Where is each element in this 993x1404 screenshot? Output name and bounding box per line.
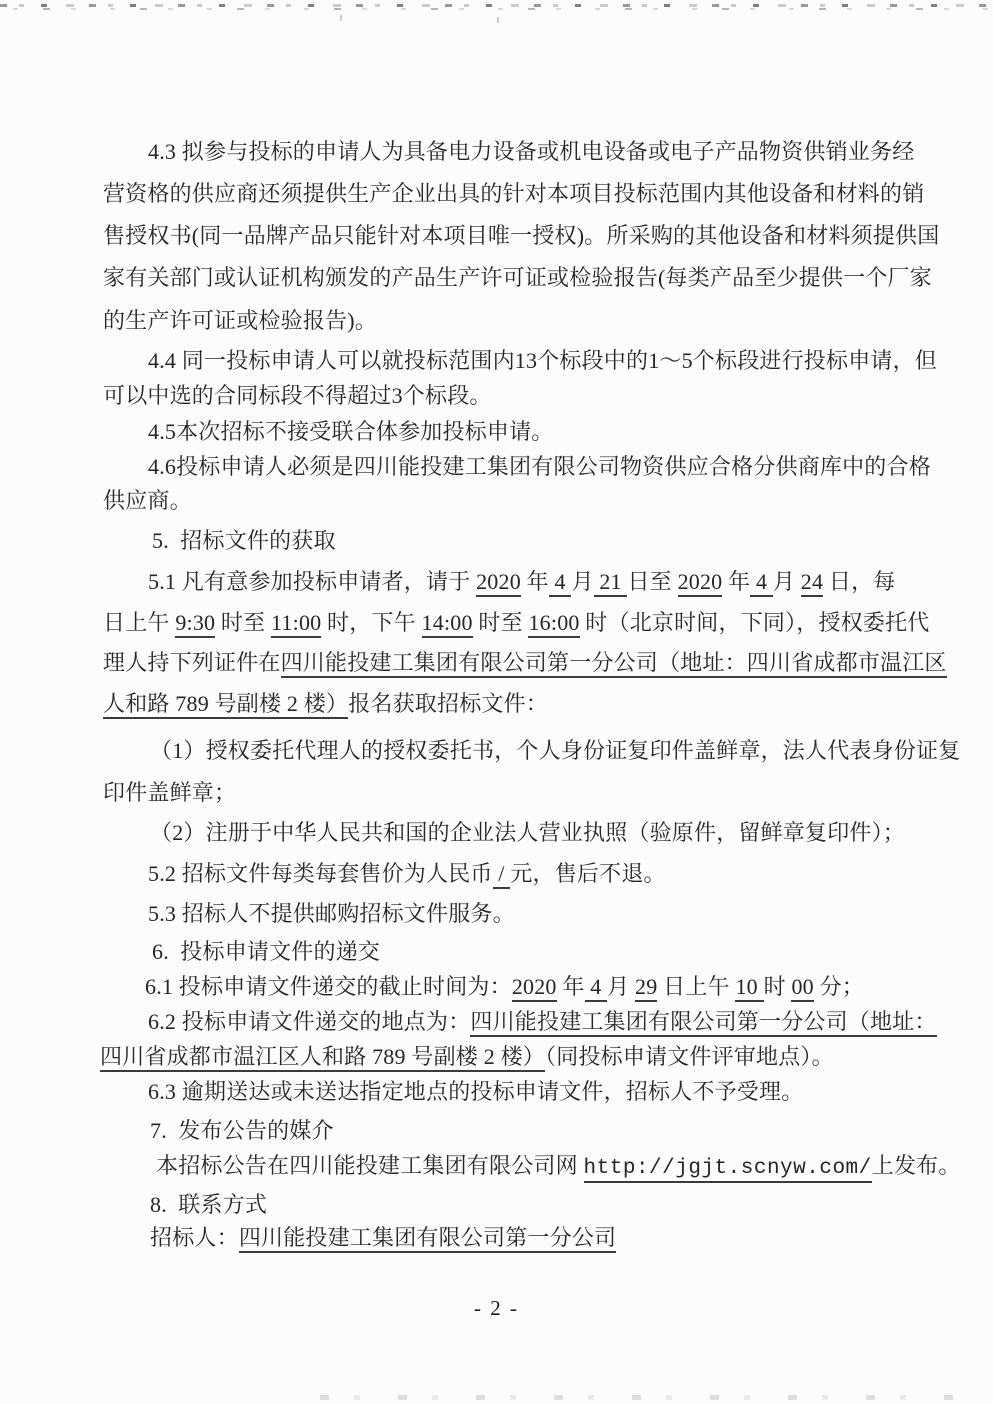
- document-page: 4.3 拟参与投标的申请人为具备电力设备或机电设备或电子产品物资供销业务经营资格…: [0, 0, 993, 1404]
- underlined-text: 24: [801, 569, 823, 597]
- underlined-text: 四川能投建工集团有限公司第一分公司（地址：: [470, 1009, 936, 1037]
- doc-line-11: 5. 招标文件的获取: [152, 529, 336, 553]
- text-segment: 7. 发布公告的媒介: [150, 1118, 334, 1143]
- underlined-text: 16:00: [528, 610, 579, 638]
- text-segment: 日，每: [823, 569, 895, 594]
- text-segment: 报名获取招标文件：: [348, 691, 548, 716]
- text-segment: 5.2 招标文件每类每套售价为人民币: [148, 861, 493, 886]
- text-segment: 年: [557, 974, 585, 999]
- text-segment: 营资格的供应商还须提供生产企业出具的针对本项目投标范围内其他设备和材料的销: [103, 181, 924, 206]
- text-segment: 月: [773, 569, 801, 594]
- text-segment: 日至: [627, 569, 677, 594]
- text-segment: 5. 招标文件的获取: [152, 528, 336, 553]
- doc-line-6: 4.4 同一投标申请人可以就投标范围内13个标段中的1～5个标段进行投标申请，但: [148, 349, 937, 373]
- text-segment: 月: [607, 974, 635, 999]
- underlined-text: 2020: [678, 569, 723, 597]
- text-segment: 售授权书(同一品牌产品只能针对本项目唯一授权)。所采购的其他设备和材料须提供国: [103, 223, 939, 248]
- doc-line-8: 4.5本次招标不接受联合体参加投标申请。: [148, 420, 554, 444]
- page-number: - 2 -: [0, 1296, 993, 1321]
- text-segment: 的生产许可证或检验报告)。: [103, 308, 377, 333]
- url-text: http://jgjt.scnyw.com/: [584, 1157, 872, 1183]
- text-segment: 本招标公告在四川能投建工集团有限公司网: [156, 1153, 584, 1178]
- underlined-text: 9:30: [175, 610, 215, 638]
- scan-noise-bottom: [320, 1395, 970, 1400]
- underlined-text: 10: [735, 974, 763, 1002]
- text-segment: 4.4 同一投标申请人可以就投标范围内13个标段中的1～5个标段进行投标申请，但: [148, 348, 937, 373]
- text-segment: 时，下午: [321, 610, 421, 635]
- doc-line-17: 印件盖鲜章；: [103, 781, 236, 805]
- text-segment: 时至: [215, 610, 271, 635]
- doc-line-22: 6.1 投标申请文件递交的截止时间为：2020 年 4 月 29 日上午 10 …: [145, 975, 864, 999]
- doc-line-3: 售授权书(同一品牌产品只能针对本项目唯一授权)。所采购的其他设备和材料须提供国: [103, 224, 939, 248]
- doc-line-28: 8. 联系方式: [150, 1193, 267, 1217]
- text-segment: 6.1 投标申请文件递交的截止时间为：: [145, 974, 512, 999]
- doc-line-21: 6. 投标申请文件的递交: [152, 940, 380, 964]
- underlined-text: 4: [750, 569, 773, 597]
- doc-line-26: 7. 发布公告的媒介: [150, 1119, 334, 1143]
- doc-line-15: 人和路 789 号副楼 2 楼）报名获取招标文件：: [103, 692, 548, 716]
- text-segment: （同投标申请文件评审地点）。: [545, 1044, 834, 1069]
- doc-line-12: 5.1 凡有意参加投标申请者，请于 2020 年 4 月 21 日至 2020 …: [148, 570, 896, 594]
- doc-line-23: 6.2 投标申请文件递交的地点为：四川能投建工集团有限公司第一分公司（地址：: [148, 1010, 937, 1034]
- text-segment: 年: [521, 569, 549, 594]
- doc-line-16: （1）授权委托代理人的授权委托书，个人身份证复印件盖鲜章，法人代表身份证复: [150, 739, 960, 763]
- text-segment: 分；: [814, 974, 864, 999]
- text-segment: 可以中选的合同标段不得超过3个标段。: [103, 383, 492, 408]
- doc-line-27: 本招标公告在四川能投建工集团有限公司网 http://jgjt.scnyw.co…: [156, 1154, 961, 1178]
- doc-line-14: 理人持下列证件在四川能投建工集团有限公司第一分公司（地址：四川省成都市温江区: [103, 651, 947, 675]
- text-segment: 理人持下列证件在: [103, 650, 281, 675]
- underlined-text: 四川能投建工集团有限公司第一分公司（地址：四川省成都市温江区: [281, 650, 947, 678]
- underlined-text: /: [493, 861, 511, 889]
- underlined-text: 2020: [476, 569, 521, 597]
- text-segment: 年: [722, 569, 750, 594]
- text-segment: 招标人：: [150, 1225, 239, 1250]
- underlined-text: 21: [594, 569, 628, 597]
- doc-line-1: 4.3 拟参与投标的申请人为具备电力设备或机电设备或电子产品物资供销业务经: [148, 140, 914, 164]
- text-segment: 家有关部门或认证机构颁发的产品生产许可证或检验报告(每类产品至少提供一个厂家: [103, 265, 932, 290]
- underlined-text: 4: [549, 569, 572, 597]
- text-segment: 时至: [473, 610, 529, 635]
- text-segment: 印件盖鲜章；: [103, 780, 236, 805]
- text-segment: 上发布。: [872, 1153, 961, 1178]
- underlined-text: 00: [791, 974, 813, 1002]
- text-segment: 4.3 拟参与投标的申请人为具备电力设备或机电设备或电子产品物资供销业务经: [148, 139, 914, 164]
- text-segment: 6. 投标申请文件的递交: [152, 939, 380, 964]
- text-segment: 6.2 投标申请文件递交的地点为：: [148, 1009, 470, 1034]
- doc-line-18: （2）注册于中华人民共和国的企业法人营业执照（验原件，留鲜章复印件）；: [150, 821, 905, 845]
- text-segment: 供应商。: [103, 488, 192, 513]
- text-segment: 日上午: [657, 974, 735, 999]
- underlined-text: 四川能投建工集团有限公司第一分公司: [239, 1225, 616, 1253]
- underlined-text: 2020: [512, 974, 557, 1002]
- text-segment: 5.3 招标人不提供邮购招标文件服务。: [148, 901, 515, 926]
- scan-speck: [497, 17, 499, 23]
- doc-line-2: 营资格的供应商还须提供生产企业出具的针对本项目投标范围内其他设备和材料的销: [103, 182, 924, 206]
- underlined-text: 四川省成都市温江区人和路 789 号副楼 2 楼）: [100, 1044, 545, 1072]
- text-segment: 月: [571, 569, 593, 594]
- underlined-text: 4: [585, 974, 608, 1002]
- text-segment: 6.3 逾期送达或未送达指定地点的投标申请文件，招标人不予受理。: [148, 1079, 803, 1104]
- doc-line-20: 5.3 招标人不提供邮购招标文件服务。: [148, 902, 515, 926]
- doc-line-4: 家有关部门或认证机构颁发的产品生产许可证或检验报告(每类产品至少提供一个厂家: [103, 266, 932, 290]
- doc-line-7: 可以中选的合同标段不得超过3个标段。: [103, 384, 492, 408]
- text-segment: 4.6投标申请人必须是四川能投建工集团有限公司物资供应合格分供商库中的合格: [148, 454, 931, 479]
- doc-line-24: 四川省成都市温江区人和路 789 号副楼 2 楼）（同投标申请文件评审地点）。: [100, 1045, 834, 1069]
- underlined-text: 14:00: [422, 610, 473, 638]
- doc-line-25: 6.3 逾期送达或未送达指定地点的投标申请文件，招标人不予受理。: [148, 1080, 803, 1104]
- underlined-text: 人和路 789 号副楼 2 楼）: [103, 691, 348, 719]
- text-segment: 4.5本次招标不接受联合体参加投标申请。: [148, 419, 554, 444]
- doc-line-5: 的生产许可证或检验报告)。: [103, 309, 377, 333]
- doc-line-29: 招标人：四川能投建工集团有限公司第一分公司: [150, 1226, 616, 1250]
- underlined-text: 29: [635, 974, 657, 1002]
- text-segment: 5.1 凡有意参加投标申请者，请于: [148, 569, 476, 594]
- text-segment: 8. 联系方式: [150, 1192, 267, 1217]
- scan-speck: [340, 15, 342, 21]
- text-segment: （1）授权委托代理人的授权委托书，个人身份证复印件盖鲜章，法人代表身份证复: [150, 738, 960, 763]
- text-segment: 元，售后不退。: [510, 861, 665, 886]
- text-segment: 日上午: [103, 610, 175, 635]
- doc-line-13: 日上午 9:30 时至 11:00 时，下午 14:00 时至 16:00 时（…: [103, 611, 930, 635]
- underlined-text: 11:00: [271, 610, 321, 638]
- text-segment: 时（北京时间，下同），授权委托代: [580, 610, 930, 635]
- text-segment: （2）注册于中华人民共和国的企业法人营业执照（验原件，留鲜章复印件）；: [150, 820, 905, 845]
- doc-line-9: 4.6投标申请人必须是四川能投建工集团有限公司物资供应合格分供商库中的合格: [148, 455, 931, 479]
- scan-noise-top: [0, 4, 993, 13]
- text-segment: 时: [764, 974, 792, 999]
- doc-line-10: 供应商。: [103, 489, 192, 513]
- doc-line-19: 5.2 招标文件每类每套售价为人民币 / 元，售后不退。: [148, 862, 666, 886]
